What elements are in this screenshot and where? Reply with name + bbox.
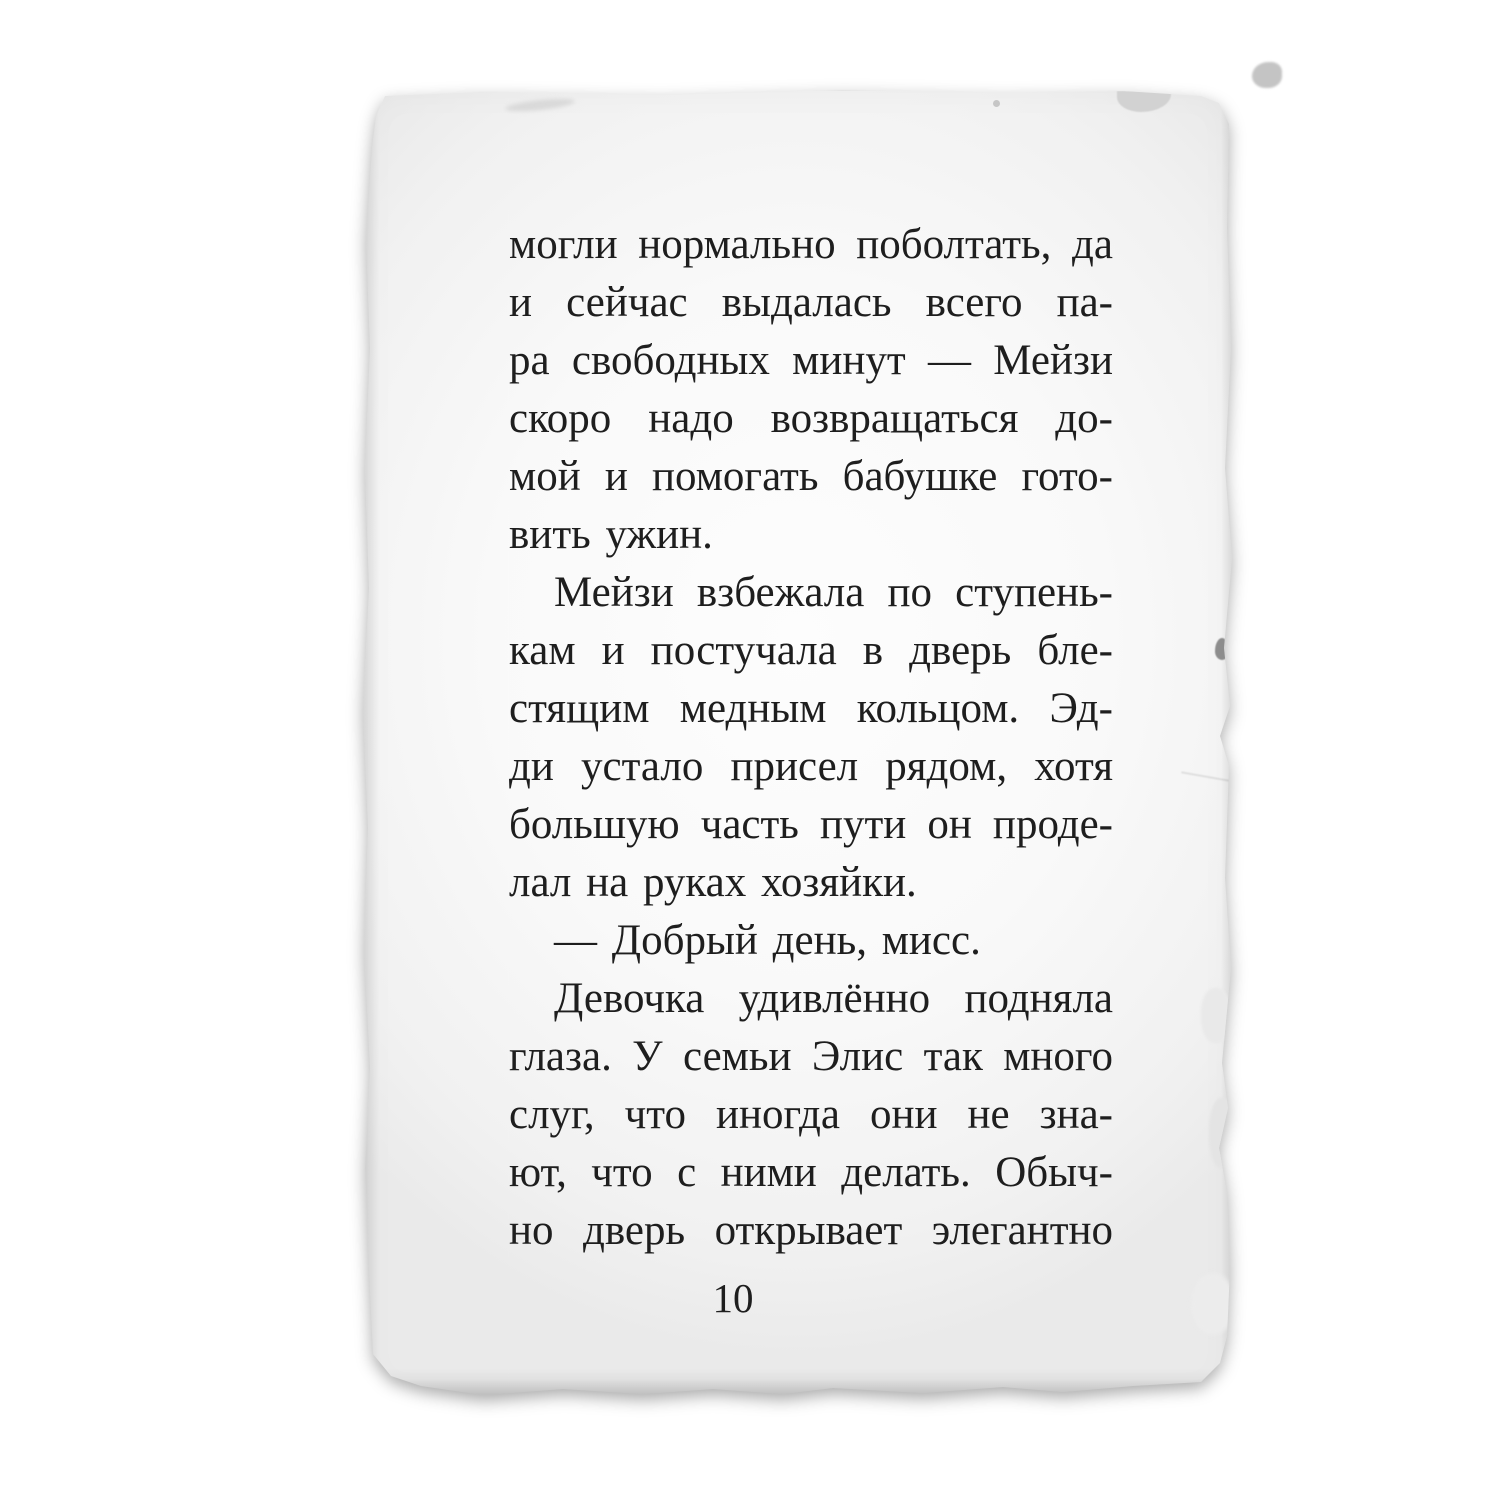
dust-speck — [1252, 62, 1282, 88]
tear-bottom-right — [1191, 1273, 1235, 1335]
tear-right-edge-2 — [1209, 1098, 1235, 1168]
text-line: и сейчас выдалась всего па- — [509, 274, 1113, 332]
nick-right-edge — [1215, 638, 1229, 660]
text-line: могли нормально поболтать, да — [509, 216, 1113, 274]
text-line: слуг, что иногда они не зна- — [509, 1086, 1113, 1144]
text-line: но дверь открывает элегантно — [509, 1202, 1113, 1260]
text-line: кам и постучала в дверь бле- — [509, 622, 1113, 680]
scanned-book-photo: могли нормально поболтать, да и сейчас в… — [0, 0, 1500, 1500]
stain-top-right — [1117, 91, 1171, 112]
page-text: могли нормально поболтать, да и сейчас в… — [509, 216, 1113, 1260]
text-line: ди устало присел рядом, хотя — [509, 738, 1113, 796]
book-page: могли нормально поболтать, да и сейчас в… — [363, 88, 1233, 1398]
text-line: Девочка удивлённо подняла — [509, 970, 1113, 1028]
text-line: — Добрый день, мисс. — [509, 912, 1113, 970]
text-line: вить ужин. — [509, 506, 1113, 564]
text-line: глаза. У семьи Элис так много — [509, 1028, 1113, 1086]
tear-right-edge-1 — [1201, 988, 1231, 1043]
text-line: скоро надо возвращаться до- — [509, 390, 1113, 448]
page-shadow: могли нормально поболтать, да и сейчас в… — [363, 88, 1233, 1398]
text-line: стящим медным кольцом. Эд- — [509, 680, 1113, 738]
speck-top — [993, 100, 1000, 107]
text-line: мой и помогать бабушке гото- — [509, 448, 1113, 506]
text-line: большую часть пути он проде- — [509, 796, 1113, 854]
page-number: 10 — [663, 1276, 803, 1320]
text-line: ют, что с ними делать. Обыч- — [509, 1144, 1113, 1202]
text-line: лал на руках хозяйки. — [509, 854, 1113, 912]
smudge-top-center — [505, 96, 576, 113]
text-line: ра свободных минут — Мейзи — [509, 332, 1113, 390]
crease-right-edge — [1181, 771, 1235, 782]
text-line: Мейзи взбежала по ступень- — [509, 564, 1113, 622]
